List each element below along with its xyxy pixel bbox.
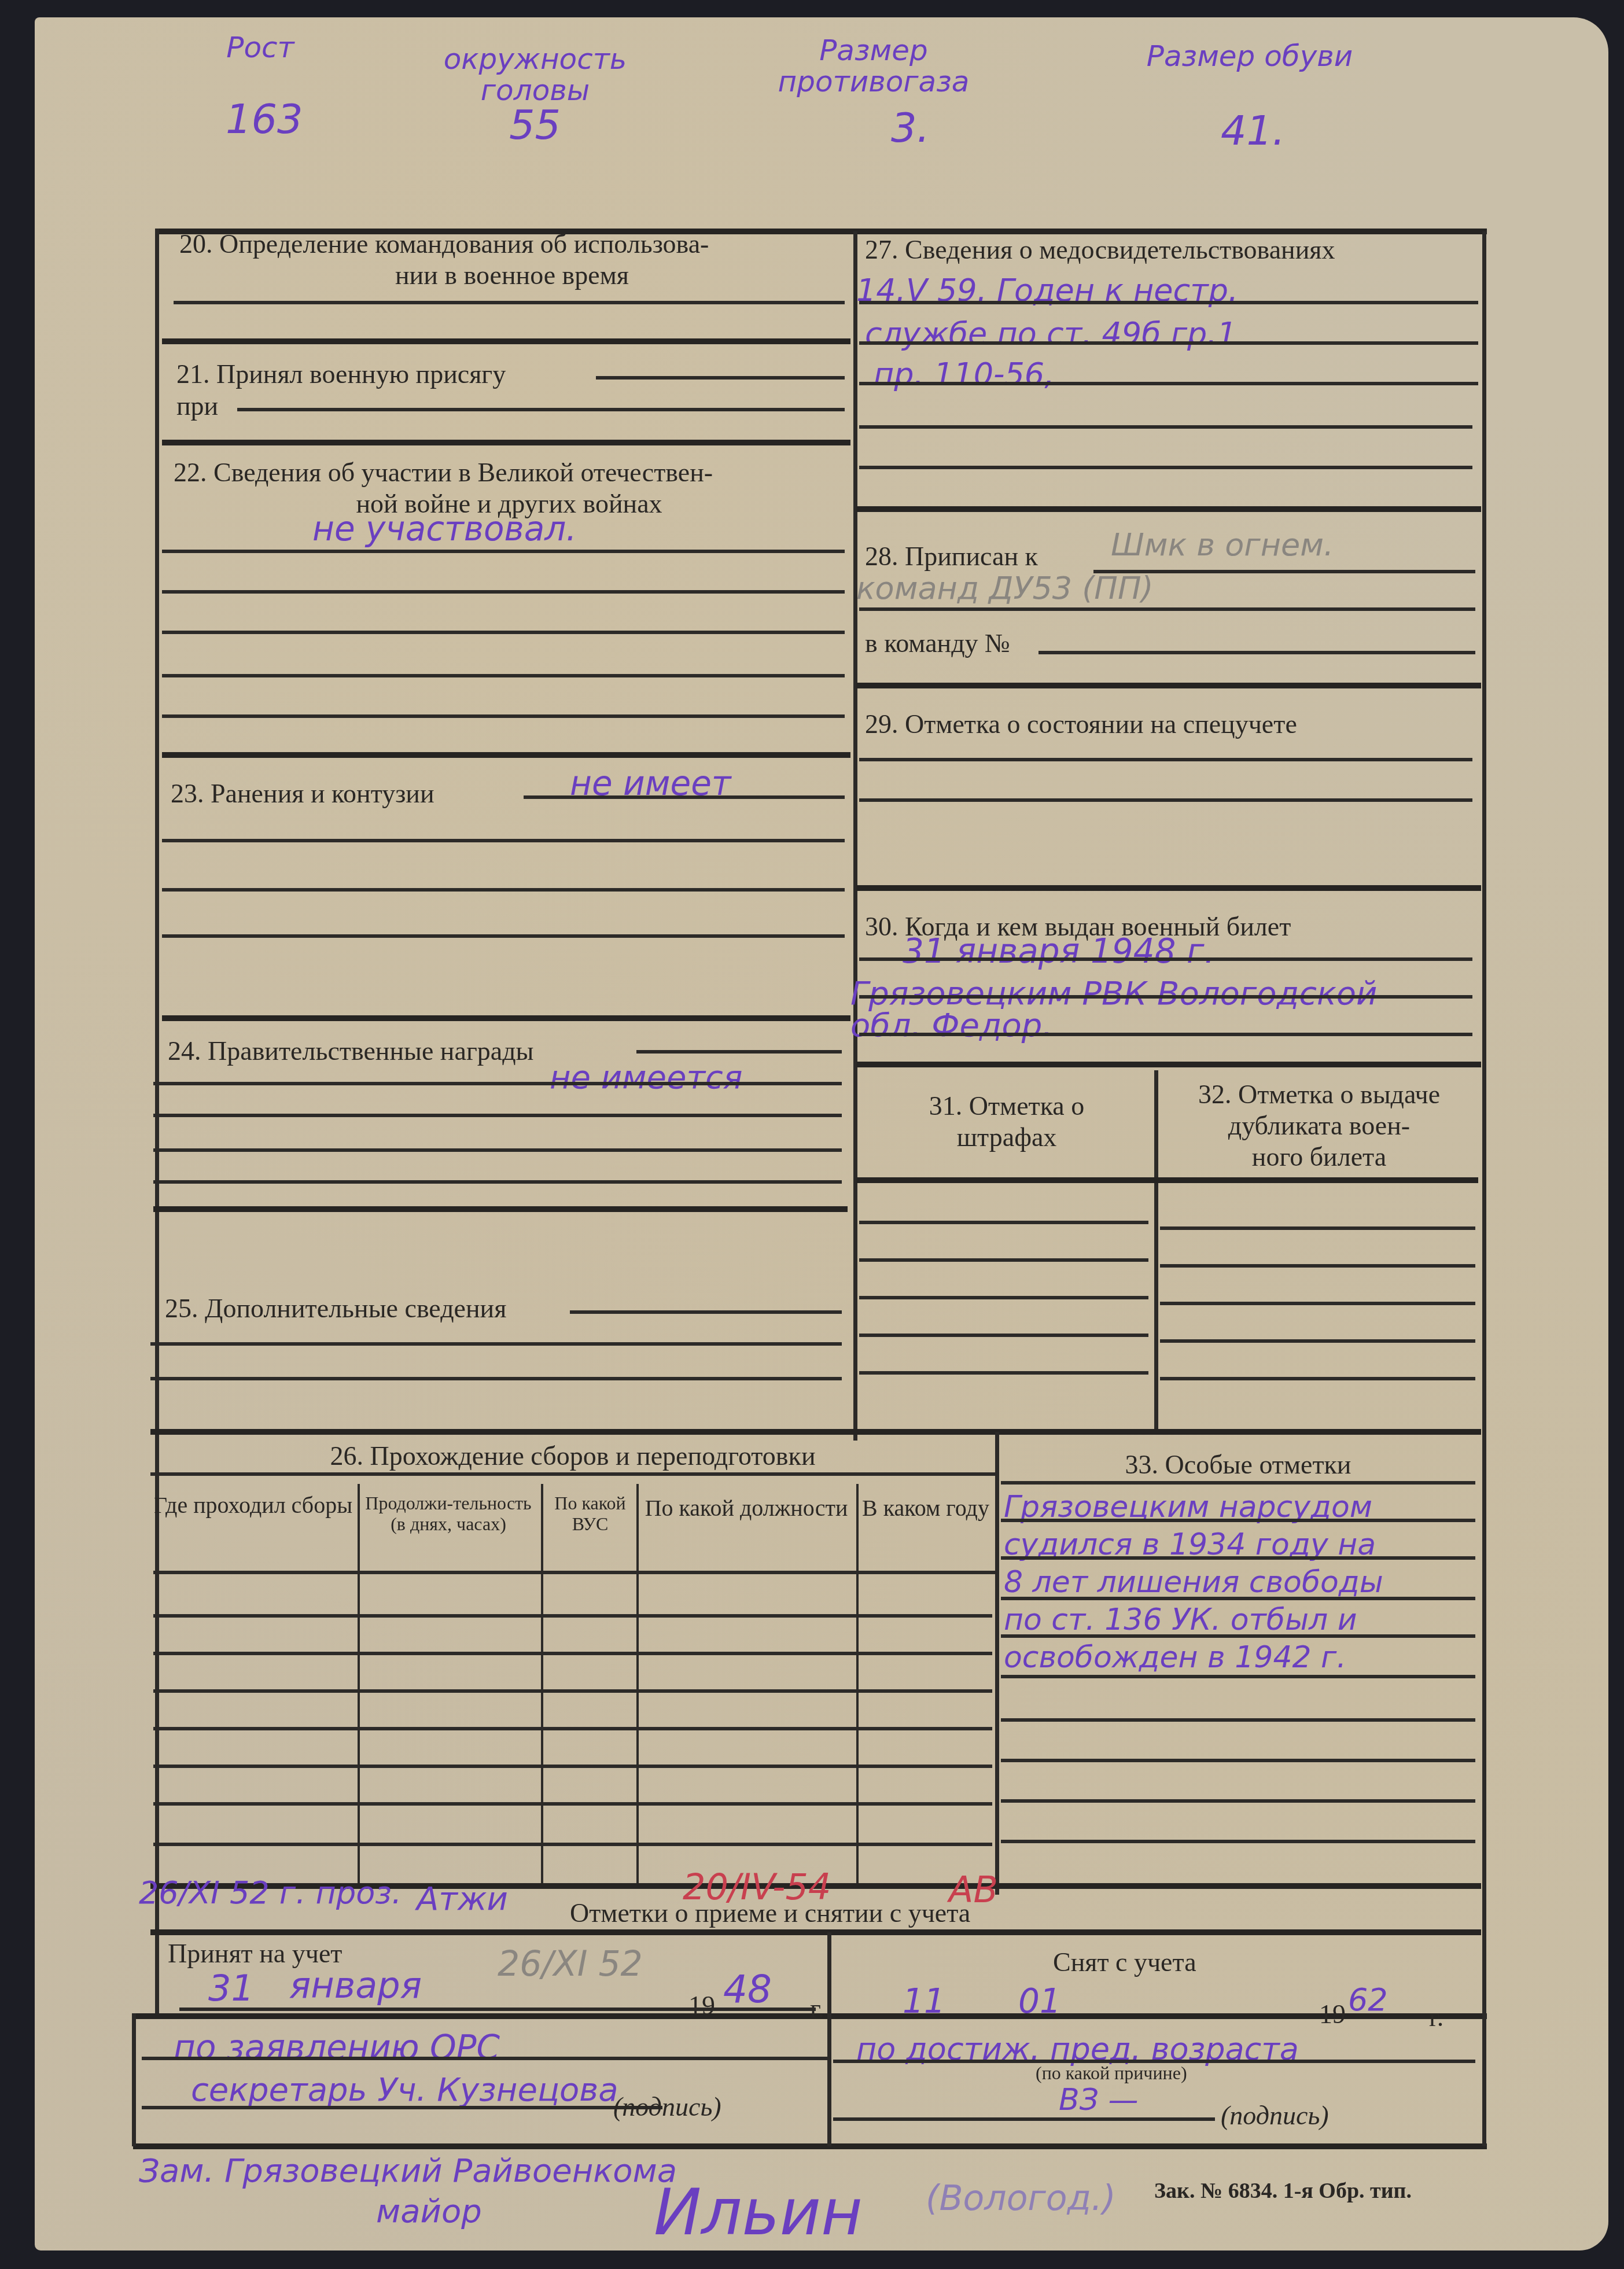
field-31-line[interactable]	[859, 1371, 1148, 1375]
field-31-label: 31. Отметка о штрафах	[868, 1091, 1146, 1153]
table-row[interactable]	[153, 1614, 992, 1618]
field-20-line[interactable]	[174, 301, 845, 304]
field-30-line-1: 31 января 1948 г.	[903, 931, 1215, 971]
field-33-line-4: по ст. 136 УК. отбыл и	[1004, 1603, 1357, 1637]
accepted-line	[142, 2057, 827, 2060]
field-29-label: 29. Отметка о состоянии на спецучете	[865, 709, 1297, 740]
col-line	[358, 1484, 360, 1889]
divider	[162, 752, 850, 758]
height-value: 163	[226, 95, 303, 143]
table-row[interactable]	[153, 1727, 992, 1730]
field-27-line[interactable]	[859, 301, 1478, 304]
col-line	[541, 1484, 543, 1889]
registration-red-note: 20/IV-54	[683, 1866, 831, 1908]
col-header-year: В каком году	[859, 1496, 992, 1521]
divider	[162, 1015, 850, 1021]
divider	[1001, 1481, 1475, 1485]
field-32-line[interactable]	[1160, 1264, 1475, 1268]
col-26-33-divider	[995, 1432, 999, 1895]
field-26-title: 26. Прохождение сборов и переподготовки	[150, 1441, 995, 1472]
field-33-line[interactable]	[1001, 1840, 1475, 1843]
removed-year[interactable]: 62	[1348, 1981, 1388, 2018]
field-21-pri-line[interactable]	[237, 408, 845, 411]
field-29-line[interactable]	[859, 798, 1472, 802]
accepted-line-3: секретарь Уч. Кузнецова	[191, 2071, 618, 2109]
accepted-day[interactable]: 31	[208, 1967, 254, 2009]
field-24-label: 24. Правительственные награды	[168, 1036, 534, 1067]
commissar-signature: Ильин	[654, 2175, 863, 2249]
removed-sign-value: ВЗ —	[1059, 2083, 1139, 2117]
divider	[150, 1472, 995, 1476]
field-23-line[interactable]	[162, 934, 845, 938]
field-25-line[interactable]	[570, 1310, 842, 1314]
printer-note: Зак. № 6834. 1-я Обр. тип.	[1154, 2178, 1412, 2204]
removed-signature-line	[833, 2117, 1215, 2121]
accepted-month[interactable]: января	[289, 1964, 422, 2006]
field-24-line[interactable]	[153, 1148, 842, 1152]
field-33-line[interactable]	[1001, 1675, 1475, 1678]
field-23-label: 23. Ранения и контузии	[171, 778, 434, 809]
head-size-label: окружность головы	[399, 43, 671, 106]
field-22-line[interactable]	[162, 590, 845, 594]
frame-left	[155, 229, 159, 2016]
field-28-team-label: в команду №	[865, 628, 1010, 659]
divider	[150, 1429, 1481, 1435]
shoe-size-label: Размер обуви	[1146, 40, 1354, 72]
field-28-line[interactable]	[1093, 570, 1475, 573]
field-27-line[interactable]	[859, 425, 1472, 429]
field-22-line[interactable]	[162, 714, 845, 718]
field-24-line[interactable]	[636, 1050, 842, 1054]
removed-month[interactable]: 01	[1018, 1981, 1061, 2021]
frame-left-lower	[132, 2013, 136, 2146]
field-25-line[interactable]	[150, 1377, 842, 1380]
field-28-value-2: команд ДУ53 (ПП)	[856, 570, 1154, 606]
field-30-line[interactable]	[859, 957, 1472, 961]
registration-left-note: 26/XI 52 г. проз.	[139, 1874, 402, 1911]
divider	[162, 440, 850, 445]
frame-right	[1482, 231, 1486, 2013]
accepted-signature-line	[142, 2106, 662, 2109]
field-32-label: 32. Отметка о выдаче дубликата воен- ног…	[1163, 1079, 1475, 1173]
registration-red-sign: АВ	[949, 1869, 998, 1911]
field-27-line[interactable]	[859, 341, 1478, 345]
height-label: Рост	[185, 32, 336, 63]
field-23-line[interactable]	[162, 839, 845, 842]
center-divider	[853, 231, 857, 1441]
field-32-line[interactable]	[1160, 1226, 1475, 1230]
commissar-rank: майор	[376, 2193, 482, 2230]
field-24-value: не имеется	[550, 1059, 743, 1096]
field-30-line[interactable]	[859, 995, 1472, 999]
registration-divider	[827, 1932, 831, 2016]
removed-year-suffix: г.	[1429, 2002, 1443, 2033]
divider	[162, 338, 850, 344]
field-28-team-line[interactable]	[1039, 651, 1475, 654]
table-row[interactable]	[153, 1843, 992, 1846]
divider	[856, 1062, 1481, 1067]
field-30-line-3: обл. Федор.	[850, 1007, 1052, 1044]
field-27-line-3: пр. 110-56,	[874, 356, 1054, 392]
field-28-value-1: Шмк в огнем.	[1111, 526, 1334, 563]
removed-reason-label: (по какой причине)	[1036, 2062, 1187, 2084]
field-31-line[interactable]	[859, 1296, 1148, 1299]
col-line	[636, 1484, 639, 1889]
accepted-pencil-note: 26/XI 52	[498, 1944, 643, 1984]
removed-year-prefix: 19	[1319, 1999, 1346, 2030]
col-header-position: По какой должности	[639, 1496, 853, 1521]
shoe-size-value: 41.	[1221, 107, 1285, 154]
gas-mask-value: 3.	[891, 104, 930, 152]
field-28-line[interactable]	[859, 607, 1475, 611]
field-33-label: 33. Особые отметки	[1001, 1449, 1475, 1480]
col-header-where: Где проходил сборы	[153, 1493, 353, 1518]
field-20-label: 20. Определение командования об использо…	[179, 229, 845, 291]
divider	[856, 1177, 1478, 1183]
field-27-label: 27. Сведения о медосвидетельствованиях	[865, 234, 1335, 266]
removed-day[interactable]: 11	[903, 1981, 945, 2021]
field-22-line[interactable]	[162, 550, 845, 553]
field-25-label: 25. Дополнительные сведения	[165, 1293, 506, 1324]
field-31-line[interactable]	[859, 1221, 1148, 1224]
field-21-pri-label: при	[176, 391, 218, 422]
field-21-label: 21. Принял военную присягу	[176, 359, 506, 390]
removed-signature-label: (подпись)	[1221, 2100, 1329, 2131]
table-row[interactable]	[153, 1802, 992, 1806]
head-size-value: 55	[509, 101, 561, 149]
field-33-line[interactable]	[1001, 1759, 1475, 1762]
divider	[856, 885, 1481, 891]
field-21-oath-line[interactable]	[596, 376, 845, 380]
frame-bottom-lower	[133, 2143, 1487, 2149]
registration-divider-lower	[827, 2013, 831, 2146]
field-32-line[interactable]	[1160, 1302, 1475, 1305]
field-33-line[interactable]	[1001, 1634, 1475, 1638]
field-24-line[interactable]	[153, 1180, 842, 1184]
field-22-line[interactable]	[162, 631, 845, 634]
accepted-signature-label: (подпись)	[613, 2091, 721, 2123]
col-line	[856, 1484, 859, 1889]
field-33-line-3: 8 лет лишения свободы	[1004, 1565, 1383, 1600]
field-30-line[interactable]	[859, 1033, 1472, 1036]
field-33-line[interactable]	[1001, 1799, 1475, 1803]
field-32-line[interactable]	[1160, 1377, 1475, 1380]
field-33-line[interactable]	[1001, 1597, 1475, 1600]
accepted-date-line	[179, 2008, 816, 2011]
accepted-year[interactable]: 48	[723, 1967, 772, 2012]
field-28-label: 28. Приписан к	[865, 541, 1038, 572]
field-27-line[interactable]	[859, 466, 1472, 469]
field-32-line[interactable]	[1160, 1339, 1475, 1343]
col-31-32-divider	[1154, 1070, 1158, 1429]
divider	[856, 506, 1481, 512]
col-header-vus: По какой ВУС	[544, 1493, 636, 1534]
commissar-title: Зам. Грязовецкий Райвоенкома	[139, 2152, 677, 2190]
table-row[interactable]	[153, 1652, 992, 1655]
field-33-line[interactable]	[1001, 1718, 1475, 1722]
field-27-line[interactable]	[859, 382, 1478, 385]
table-row[interactable]	[153, 1689, 992, 1693]
field-29-line[interactable]	[859, 758, 1472, 761]
field-22-line[interactable]	[162, 674, 845, 677]
field-33-line-5: освобожден в 1942 г.	[1004, 1640, 1346, 1675]
field-31-line[interactable]	[859, 1334, 1148, 1337]
field-23-line[interactable]	[524, 795, 845, 799]
faint-stamp: (Вологод.)	[926, 2178, 1116, 2219]
divider	[153, 1571, 995, 1574]
accepted-line-2: по заявлению ОРС	[174, 2028, 500, 2067]
table-row[interactable]	[153, 1765, 992, 1768]
field-22-value: не участвовал.	[312, 509, 577, 548]
removed-label: Снят с учета	[1053, 1947, 1196, 1978]
divider	[153, 1206, 848, 1212]
divider	[856, 683, 1481, 688]
registration-left-sign: Атжи	[417, 1880, 508, 1918]
accepted-year-prefix: 19	[688, 1990, 715, 2021]
divider	[150, 1929, 1481, 1935]
col-header-duration: Продолжи-тельность (в днях, часах)	[362, 1493, 535, 1534]
field-27-line-2: службе по ст. 49б гр.1	[865, 315, 1237, 352]
field-23-line[interactable]	[162, 888, 845, 892]
field-33-line[interactable]	[1001, 1519, 1475, 1522]
frame-right-lower	[1482, 2013, 1486, 2146]
field-31-line[interactable]	[859, 1258, 1148, 1262]
field-24-line[interactable]	[153, 1082, 842, 1085]
field-24-line[interactable]	[153, 1114, 842, 1117]
field-25-line[interactable]	[150, 1342, 842, 1346]
field-33-line[interactable]	[1001, 1556, 1475, 1560]
gas-mask-label: Размер противогаза	[752, 35, 995, 97]
